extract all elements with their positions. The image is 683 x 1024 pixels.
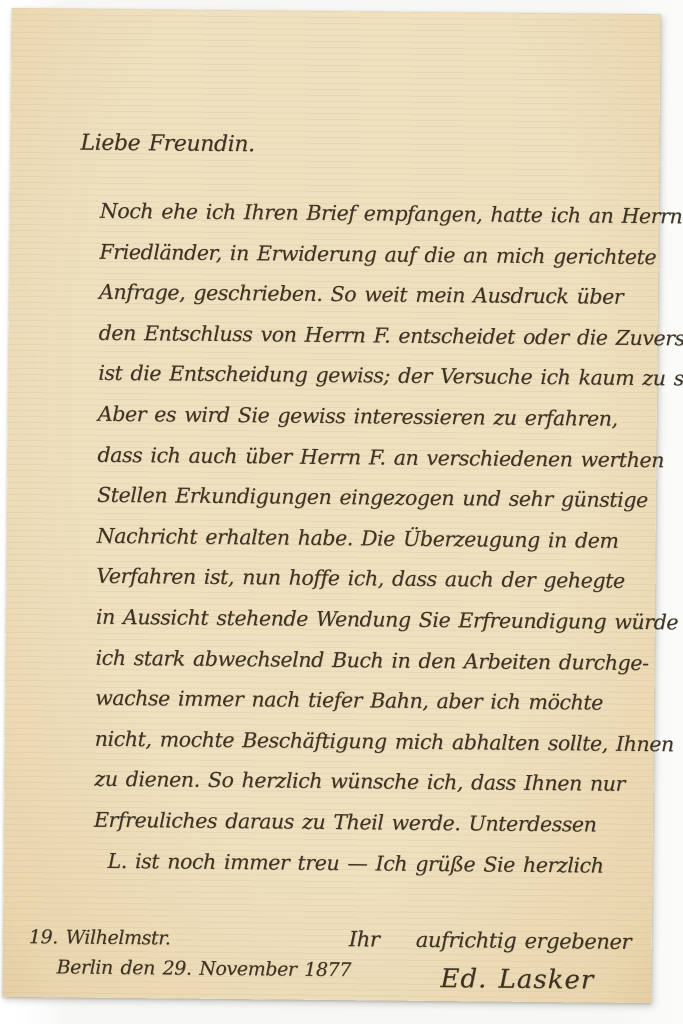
handwriting-line: L. ist noch immer treu — Ich grüße Sie h… — [93, 840, 638, 886]
scan-background: Liebe Freundin. Noch ehe ich Ihren Brief… — [0, 0, 683, 1024]
handwriting-line: Aber es wird Sie gewiss interessieren zu… — [98, 394, 643, 440]
handwriting-line: den Entschluss von Herrn F. entscheidet … — [98, 313, 643, 359]
handwriting-line: wachse immer nach tiefer Bahn, aber ich … — [95, 678, 640, 724]
handwriting-line: nicht, mochte Beschäftigung mich abhalte… — [95, 718, 640, 764]
sender-address: 19. Wilhelmstr. — [29, 926, 171, 949]
handwriting-line: Verfahren ist, nun hoffe ich, dass auch … — [96, 556, 641, 602]
letter-body: Noch ehe ich Ihren Brief empfangen, hatt… — [93, 191, 645, 886]
handwriting-line: Stellen Erkundigungen eingezogen und seh… — [97, 475, 642, 521]
letter-dateline: Berlin den 29. November 1877 — [56, 956, 351, 981]
handwriting-line: in Aussicht stehende Wendung Sie Erfreun… — [96, 597, 641, 643]
handwriting-line: ist die Entscheidung gewiss; der Versuch… — [98, 353, 643, 399]
handwriting-line: ich stark abwechselnd Buch in den Arbeit… — [95, 637, 640, 683]
handwriting-line: Anfrage, geschrieben. So weit mein Ausdr… — [99, 272, 644, 318]
letter-page: Liebe Freundin. Noch ehe ich Ihren Brief… — [2, 8, 660, 1003]
handwriting-line: zu dienen. So herzlich wünsche ich, dass… — [94, 759, 639, 805]
letter-salutation: Liebe Freundin. — [80, 131, 254, 158]
handwriting-line: dass ich auch über Herrn F. an verschied… — [97, 434, 642, 480]
handwriting-line: Noch ehe ich Ihren Brief empfangen, hatt… — [100, 191, 645, 237]
closing-phrase: aufrichtig ergebener — [416, 928, 632, 954]
closing-pronoun: Ihr — [349, 927, 380, 951]
letter-closing: Ihr aufrichtig ergebener — [349, 927, 632, 954]
handwriting-line: Erfreuliches daraus zu Theil werde. Unte… — [94, 800, 639, 846]
letter-signature: Ed. Lasker — [440, 964, 594, 995]
handwriting-line: Nachricht erhalten habe. Die Überzeugung… — [97, 515, 642, 561]
handwriting-line: Friedländer, in Erwiderung auf die an mi… — [99, 231, 644, 277]
